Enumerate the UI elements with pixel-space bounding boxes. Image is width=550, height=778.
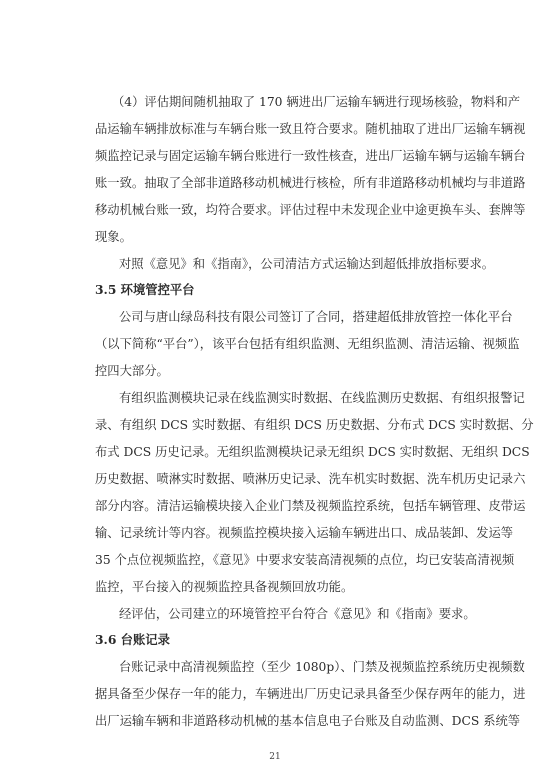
- section-3-5-p2-line-6: 输、记录统计等内容。视频监控模块接入运输车辆进出口、成品装卸、发运等: [95, 525, 465, 541]
- section-3-5-p1-line-2: （以下简称“平台”），该平台包括有组织监测、无组织监测、清洁运输、视频监: [95, 336, 465, 352]
- section-3-5-p2-line-7: 35 个点位视频监控，《意见》中要求安装高清视频的点位，均已安装高清视频: [95, 552, 465, 568]
- section-3-6-heading: 3.6 台账记录: [95, 632, 170, 648]
- paragraph-4-line-6: 现象。: [95, 229, 465, 245]
- paragraph-4-line-2: 品运输车辆排放标准与车辆台账一致且符合要求。随机抽取了进出厂运输车辆视: [95, 121, 465, 137]
- section-3-6-p1-line-1: 台账记录中高清视频监控（至少 1080p）、门禁及视频监控系统历史视频数: [119, 659, 465, 675]
- paragraph-4-line-5: 移动机械台账一致，均符合要求。评估过程中未发现企业中途更换车头、套牌等: [95, 202, 465, 218]
- section-3-5-p2-line-1: 有组织监测模块记录在线监测实时数据、在线监测历史数据、有组织报警记: [119, 390, 465, 406]
- platform-conclusion: 经评估，公司建立的环境管控平台符合《意见》和《指南》要求。: [119, 606, 465, 622]
- section-3-6-p1-line-3: 出厂运输车辆和非道路移动机械的基本信息电子台账及自动监测、DCS 系统等: [95, 713, 465, 729]
- paragraph-4-line-1: （4）评估期间随机抽取了 170 辆进出厂运输车辆进行现场核验，物料和产: [112, 94, 465, 110]
- section-3-6-p1-line-2: 据具备至少保存一年的能力，车辆进出厂历史记录具备至少保存两年的能力，进: [95, 686, 465, 702]
- section-3-5-p2-line-3: 布式 DCS 历史记录。无组织监测模块记录无组织 DCS 实时数据、无组织 DC…: [95, 444, 465, 460]
- section-3-5-p2-line-4: 历史数据、喷淋实时数据、喷淋历史记录、洗车机实时数据、洗车机历史记录六: [95, 471, 465, 487]
- section-3-5-heading: 3.5 环境管控平台: [95, 282, 194, 298]
- section-3-5-p1-line-1: 公司与唐山绿岛科技有限公司签订了合同，搭建超低排放管控一体化平台: [119, 309, 465, 325]
- section-3-5-p2-line-5: 部分内容。清洁运输模块接入企业门禁及视频监控系统，包括车辆管理、皮带运: [95, 498, 465, 514]
- section-3-5-p2-line-2: 录、有组织 DCS 实时数据、有组织 DCS 历史数据、分布式 DCS 实时数据…: [95, 417, 465, 433]
- page-number: 21: [0, 752, 550, 762]
- paragraph-4-line-4: 账一致。抽取了全部非道路移动机械进行核检，所有非道路移动机械均与非道路: [95, 175, 465, 191]
- section-3-5-p1-line-3: 控四大部分。: [95, 363, 465, 379]
- paragraph-4-line-3: 频监控记录与固定运输车辆台账进行一致性核查，进出厂运输车辆与运输车辆台: [95, 148, 465, 164]
- transport-conclusion: 对照《意见》和《指南》，公司清洁方式运输达到超低排放指标要求。: [119, 256, 465, 272]
- document-page: （4）评估期间随机抽取了 170 辆进出厂运输车辆进行现场核验，物料和产 品运输…: [0, 0, 550, 778]
- section-3-5-p2-line-8: 监控，平台接入的视频监控具备视频回放功能。: [95, 579, 465, 595]
